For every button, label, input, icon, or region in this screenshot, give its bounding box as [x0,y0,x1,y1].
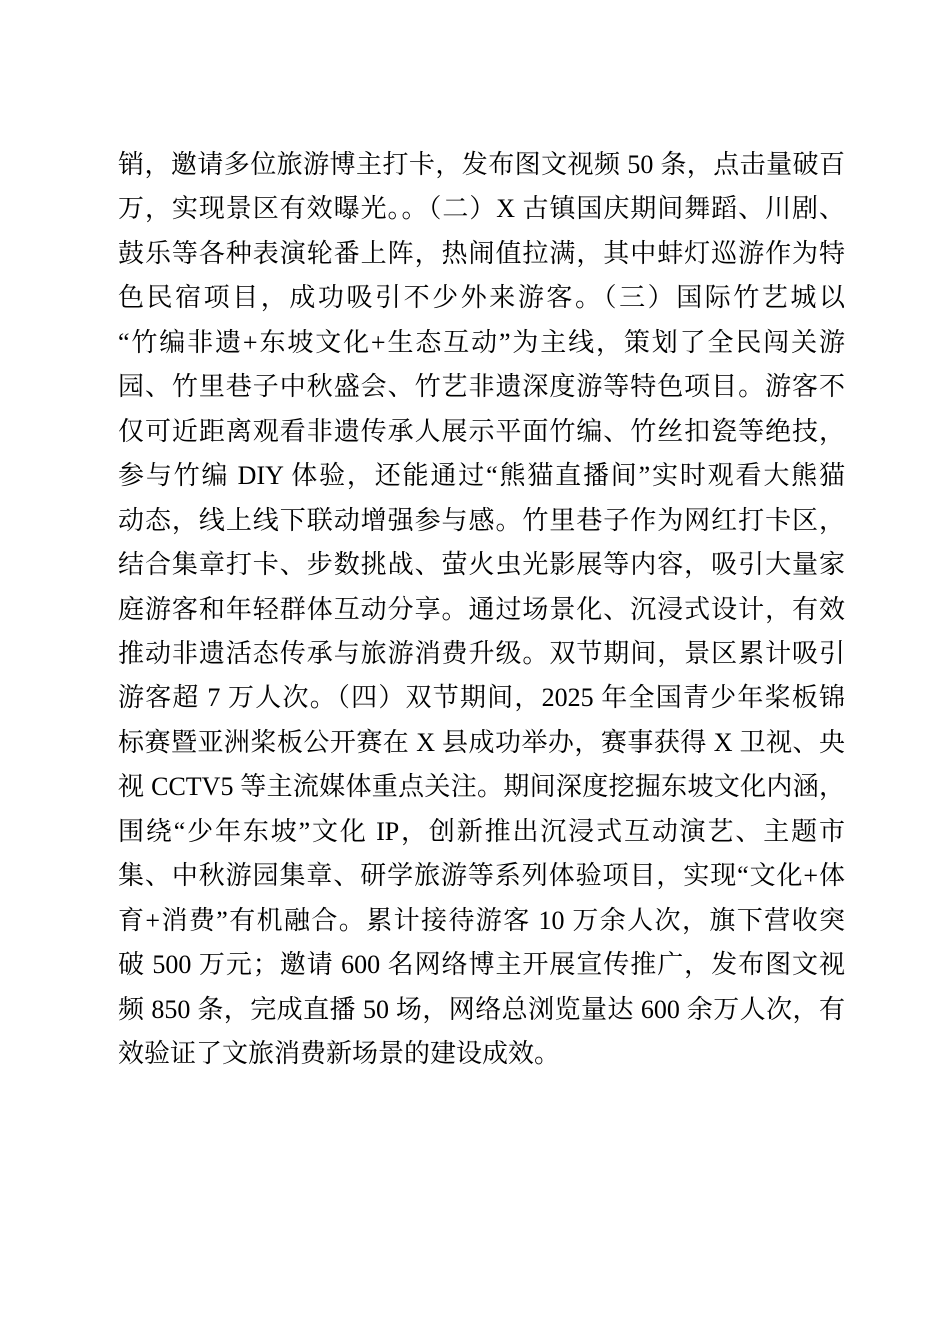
text-line: 庭游客和年轻群体互动分享。通过场景化、沉浸式设计，有效 [118,588,845,632]
text-line: 育+消费”有机融合。累计接待游客 10 万余人次，旗下营收突 [118,899,845,943]
text-line: 破 500 万元；邀请 600 名网络博主开展宣传推广，发布图文视 [118,943,845,987]
text-line: “竹编非遗+东坡文化+生态互动”为主线，策划了全民闯关游 [118,321,845,365]
text-line: 推动非遗活态传承与旅游消费升级。双节期间，景区累计吸引 [118,632,845,676]
text-line: 标赛暨亚洲桨板公开赛在 X 县成功举办，赛事获得 X 卫视、央 [118,721,845,765]
text-line: 园、竹里巷子中秋盛会、竹艺非遗深度游等特色项目。游客不 [118,365,845,409]
text-line: 参与竹编 DIY 体验，还能通过“熊猫直播间”实时观看大熊猫 [118,454,845,498]
text-line: 游客超 7 万人次。（四）双节期间，2025 年全国青少年桨板锦 [118,676,845,720]
document-page: 销，邀请多位旅游博主打卡，发布图文视频 50 条，点击量破百万，实现景区有效曝光… [0,0,950,1344]
text-line: 围绕“少年东坡”文化 IP，创新推出沉浸式互动演艺、主题市 [118,810,845,854]
text-line: 仅可近距离观看非遗传承人展示平面竹编、竹丝扣瓷等绝技， [118,410,845,454]
text-line: 鼓乐等各种表演轮番上阵，热闹值拉满，其中蚌灯巡游作为特 [118,232,845,276]
document-body[interactable]: 销，邀请多位旅游博主打卡，发布图文视频 50 条，点击量破百万，实现景区有效曝光… [118,143,845,1077]
text-line: 视 CCTV5 等主流媒体重点关注。期间深度挖掘东坡文化内涵， [118,765,845,809]
text-line: 结合集章打卡、步数挑战、萤火虫光影展等内容，吸引大量家 [118,543,845,587]
text-line: 效验证了文旅消费新场景的建设成效。 [118,1032,845,1076]
text-line: 动态，线上线下联动增强参与感。竹里巷子作为网红打卡区， [118,499,845,543]
text-line: 销，邀请多位旅游博主打卡，发布图文视频 50 条，点击量破百 [118,143,845,187]
text-line: 集、中秋游园集章、研学旅游等系列体验项目，实现“文化+体 [118,854,845,898]
text-line: 频 850 条，完成直播 50 场，网络总浏览量达 600 余万人次，有 [118,988,845,1032]
text-line: 万，实现景区有效曝光。。（二）X 古镇国庆期间舞蹈、川剧、 [118,187,845,231]
text-line: 色民宿项目，成功吸引不少外来游客。（三）国际竹艺城以 [118,276,845,320]
